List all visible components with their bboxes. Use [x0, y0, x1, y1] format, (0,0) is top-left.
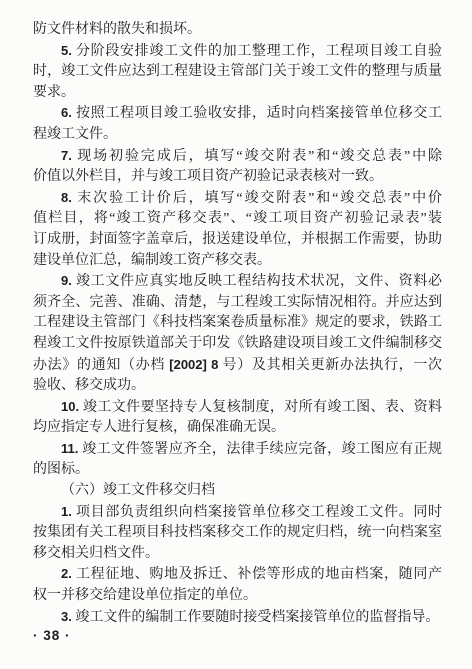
text-line: 均应指定专人进行复核，确保准确无误。 [33, 418, 442, 439]
text-line: 7. 现场初验完成后，填写“竣交附表”和“竣交总表”中除 [33, 146, 442, 168]
text-line: 10. 竣工文件要坚持专人复核制度，对所有竣工图、表、资料 [33, 397, 442, 419]
text-run: 号）及其相关更新办法执行，一次 [218, 358, 442, 373]
text-line: 值栏目，将“竣工资产移交表”、“竣工项目资产初验记录表”装 [33, 209, 442, 230]
text-run: 竣工文件签署应齐全，法律手续应完备，竣工图应有正规 [78, 442, 442, 457]
text-line: 移交相关归档文件。 [33, 544, 442, 565]
text-line: 3. 竣工文件的编制工作要随时接受档案接管单位的监督指导。 [33, 607, 442, 629]
item-number: 6. [61, 105, 72, 120]
text-line: 9. 竣工文件应真实地反映工程结构技术状况，文件、资料必 [33, 271, 442, 293]
text-line: 程竣工文件按原铁道部关于印发《铁路建设项目竣工文件编制移交 [33, 334, 442, 355]
text-line: 5. 分阶段安排竣工文件的加工整理工作，工程项目竣工自验 [33, 41, 442, 63]
text-run: 移交相关归档文件。 [33, 546, 159, 561]
text-run: 须齐全、完善、准确、清楚，与工程竣工实际情况相符。并应达到 [33, 295, 442, 310]
item-number: 10. [61, 399, 79, 414]
text-run: 竣工文件应真实地反映工程结构技术状况，文件、资料必 [72, 274, 442, 289]
text-run: 建设单位汇总，编制竣工资产移交表。 [33, 253, 271, 268]
text-run: 按集团有关工程项目科技档案移交工作的规定归档，统一向档案室 [33, 525, 442, 540]
text-run: 均应指定专人进行复核，确保准确无误。 [33, 420, 285, 435]
text-line: 2. 工程征地、购地及拆迁、补偿等形成的地亩档案，随同产 [33, 564, 442, 586]
text-line: 按集团有关工程项目科技档案移交工作的规定归档，统一向档案室 [33, 523, 442, 544]
text-run: 值栏目，将“竣工资产移交表”、“竣工项目资产初验记录表”装 [33, 211, 442, 226]
text-run: 末次验工计价后，填写“竣交附表”和“竣交总表”中价 [72, 191, 442, 206]
text-run: 防文件材料的散失和损坏。 [33, 22, 201, 37]
item-number: 7. [61, 148, 72, 163]
text-run: 工程建设主管部门《科技档案案卷质量标准》规定的要求，铁路工 [33, 315, 442, 330]
document-body: 防文件材料的散失和损坏。5. 分阶段安排竣工文件的加工整理工作，工程项目竣工自验… [33, 20, 442, 628]
item-number: 9. [61, 273, 72, 288]
item-number: 1. [61, 504, 72, 519]
text-line: 订成册，封面签字盖章后，报送建设单位，并根据工作需要，协助 [33, 230, 442, 251]
text-run: 验收、移交成功。 [33, 378, 145, 393]
text-line: 价值以外栏目，并与竣工项目资产初验记录表核对一致。 [33, 167, 442, 188]
text-run: 权一并移交给建设单位指定的单位。 [33, 588, 257, 603]
text-run: 订成册，封面签字盖章后，报送建设单位，并根据工作需要，协助 [33, 232, 442, 247]
text-run: 时，竣工文件应达到工程建设主管部门关于竣工文件的整理与质量 [33, 64, 442, 79]
text-line: 时，竣工文件应达到工程建设主管部门关于竣工文件的整理与质量 [33, 62, 442, 83]
item-number: 5. [61, 43, 72, 58]
item-number: [2002] 8 [169, 357, 218, 372]
text-line: 权一并移交给建设单位指定的单位。 [33, 586, 442, 607]
text-line: 6. 按照工程项目竣工验收安排，适时向档案接管单位移交工 [33, 103, 442, 125]
text-line: 工程建设主管部门《科技档案案卷质量标准》规定的要求，铁路工 [33, 313, 442, 334]
text-line: 1. 项目部负责组织向档案接管单位移交工程竣工文件。同时 [33, 502, 442, 524]
text-run: 竣工文件的编制工作要随时接受档案接管单位的监督指导。 [72, 610, 440, 625]
text-line: 程竣工文件。 [33, 125, 442, 146]
text-line: 建设单位汇总，编制竣工资产移交表。 [33, 251, 442, 272]
text-line: 须齐全、完善、准确、清楚，与工程竣工实际情况相符。并应达到 [33, 293, 442, 314]
text-run: 按照工程项目竣工验收安排，适时向档案接管单位移交工 [72, 106, 442, 121]
text-run: 程竣工文件。 [33, 127, 117, 142]
scanned-document-page: 防文件材料的散失和损坏。5. 分阶段安排竣工文件的加工整理工作，工程项目竣工自验… [0, 0, 472, 669]
text-line: 防文件材料的散失和损坏。 [33, 20, 442, 41]
text-run: 现场初验完成后，填写“竣交附表”和“竣交总表”中除 [72, 149, 442, 164]
text-run: 的图标。 [33, 462, 89, 477]
item-number: 3. [61, 609, 72, 624]
item-number: 8. [61, 190, 72, 205]
text-line: 验收、移交成功。 [33, 376, 442, 397]
text-run: 程竣工文件按原铁道部关于印发《铁路建设项目竣工文件编制移交 [33, 336, 442, 351]
text-line: 的图标。 [33, 460, 442, 481]
item-number: 11. [61, 441, 78, 456]
text-run: （六）竣工文件移交归档 [61, 483, 215, 498]
page-number: · 38 · [33, 628, 71, 643]
text-line: 11. 竣工文件签署应齐全，法律手续应完备，竣工图应有正规 [33, 439, 442, 461]
text-line: 8. 末次验工计价后，填写“竣交附表”和“竣交总表”中价 [33, 188, 442, 210]
text-run: 价值以外栏目，并与竣工项目资产初验记录表核对一致。 [33, 169, 383, 184]
text-line: 办法》的通知（办档 [2002] 8 号）及其相关更新办法执行，一次 [33, 355, 442, 377]
text-run: 项目部负责组织向档案接管单位移交工程竣工文件。同时 [72, 505, 442, 520]
text-run: 工程征地、购地及拆迁、补偿等形成的地亩档案，随同产 [72, 567, 442, 582]
text-run: 要求。 [33, 85, 75, 100]
text-run: 竣工文件要坚持专人复核制度，对所有竣工图、表、资料 [79, 400, 442, 415]
item-number: 2. [61, 566, 72, 581]
text-line: （六）竣工文件移交归档 [33, 481, 442, 502]
text-run: 分阶段安排竣工文件的加工整理工作，工程项目竣工自验 [72, 44, 442, 59]
text-run: 办法》的通知（办档 [33, 358, 169, 373]
text-line: 要求。 [33, 83, 442, 104]
